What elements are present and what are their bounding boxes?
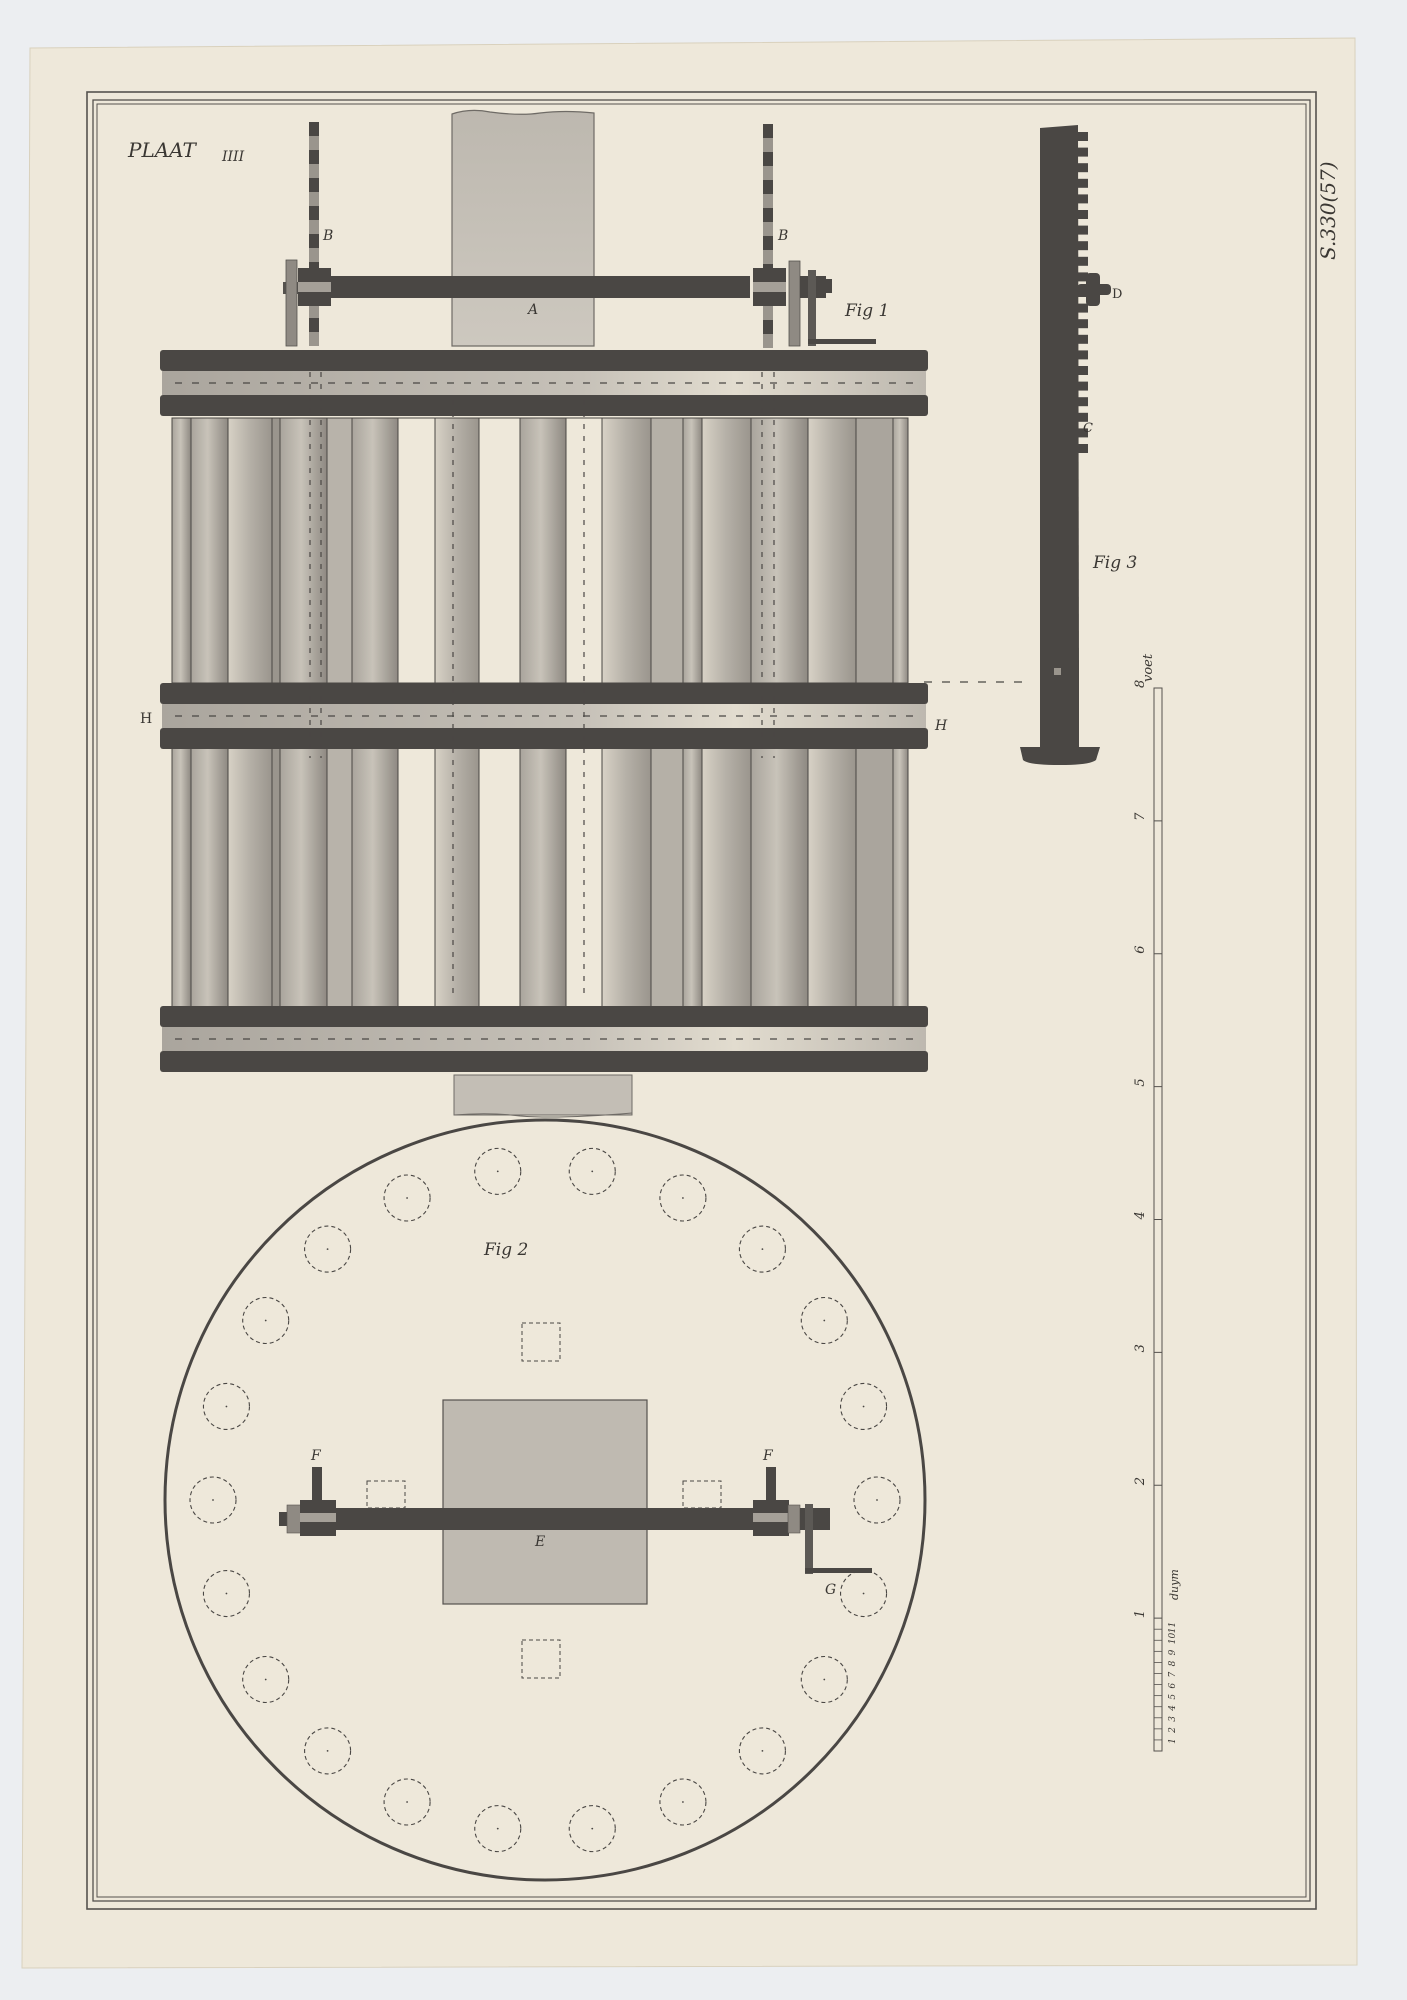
label-b-right: B bbox=[777, 228, 788, 244]
press-block-e bbox=[443, 1400, 647, 1604]
scale-major-tick-label: 6 bbox=[1133, 945, 1148, 953]
scale-unit-label: voet bbox=[1141, 653, 1156, 682]
press-block-a-bottom bbox=[454, 1075, 632, 1115]
scale-major-tick-label: 3 bbox=[1133, 1344, 1148, 1352]
bottom-shaft bbox=[335, 1508, 755, 1530]
plate-number-text: IIII bbox=[221, 149, 245, 165]
plate-title-text: PLAAT bbox=[127, 138, 198, 162]
fig1-label: Fig 1 bbox=[844, 301, 889, 321]
label-g: G bbox=[825, 1582, 836, 1598]
scale-minor-tick-label: 7 bbox=[1168, 1671, 1178, 1677]
label-e: E bbox=[534, 1534, 545, 1550]
scale-minor-tick-label: 2 bbox=[1168, 1727, 1178, 1734]
archive-mark: S.330(57) bbox=[1316, 161, 1340, 260]
scale-major-tick-label: 1 bbox=[1133, 1610, 1148, 1618]
press-block-a bbox=[452, 110, 594, 346]
technical-drawing-plate: PLAAT IIII S.330(57) Fig 1 bbox=[0, 0, 1407, 2000]
fig2-label: Fig 2 bbox=[483, 1240, 528, 1260]
scale-minor-tick-label: 8 bbox=[1168, 1660, 1178, 1666]
scale-minor-tick-label: 11 bbox=[1168, 1622, 1178, 1633]
scale-minor-tick-label: 9 bbox=[1168, 1649, 1178, 1655]
scale-major-tick-label: 5 bbox=[1133, 1078, 1148, 1086]
scale-minor-tick-label: 5 bbox=[1168, 1694, 1178, 1700]
label-d: D bbox=[1112, 287, 1122, 302]
scale-major-tick-label: 7 bbox=[1133, 812, 1148, 821]
label-f-right: F bbox=[762, 1448, 774, 1464]
scale-minor-tick-label: 3 bbox=[1168, 1716, 1178, 1722]
label-c: C bbox=[1083, 421, 1093, 436]
scale-minor-tick-label: 10 bbox=[1168, 1633, 1178, 1645]
rack-bar-b-right bbox=[763, 124, 773, 348]
top-shaft bbox=[330, 276, 750, 298]
scale-minor-tick-label: 6 bbox=[1168, 1683, 1178, 1689]
archive-mark-text: S.330(57) bbox=[1316, 161, 1340, 260]
scale-major-tick-label: 4 bbox=[1133, 1211, 1148, 1220]
label-h-right: H bbox=[934, 718, 948, 734]
rack-bar-b-left bbox=[309, 122, 319, 346]
label-b-left: B bbox=[322, 228, 333, 244]
label-h-left: H bbox=[140, 711, 152, 727]
scale-subunit-label: duym bbox=[1168, 1569, 1181, 1600]
label-f-left: F bbox=[310, 1448, 322, 1464]
scale-minor-tick-label: 1 bbox=[1168, 1738, 1178, 1744]
scale-minor-tick-label: 4 bbox=[1168, 1705, 1178, 1712]
scale-major-tick-label: 2 bbox=[1133, 1477, 1148, 1486]
fig3-label: Fig 3 bbox=[1092, 553, 1137, 573]
label-a: A bbox=[526, 302, 538, 318]
